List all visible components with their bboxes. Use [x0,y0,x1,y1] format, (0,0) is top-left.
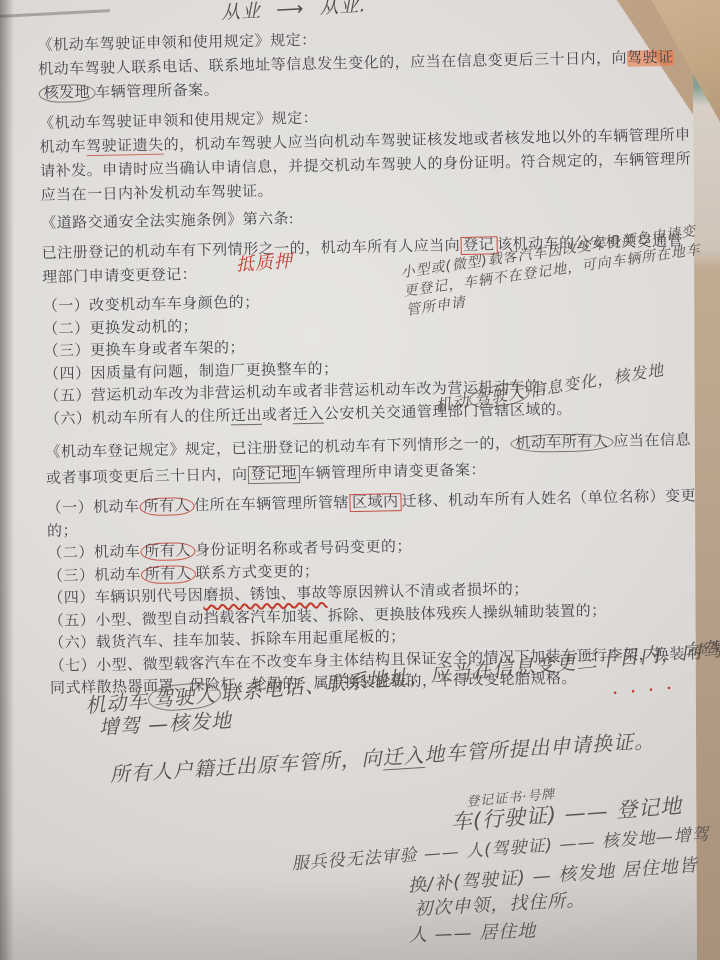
item-text: （一）机动车 [46,499,139,517]
regulation-3: 《道路交通安全法实施条例》第六条: 已注册登记的机动车有下列情形之一的，机动车所… [41,199,700,431]
item-text: 住所在车辆管理所管辖 [194,495,349,514]
item-text: 身份证明名称或者号码变更的； [195,539,412,559]
item-text: 联系方式变更的； [195,563,319,581]
pencil-underlined-term: 迁入 [382,743,425,771]
handwritten-note-1-tail: 备案 [694,635,720,663]
red-circled-term: 所有人 [139,497,194,516]
pencil-boxed-term: 登记地 [247,465,300,484]
regulation-4-intro: 《机动车登记规定》规定，已注册登记的机动车有下列情形之一的，机动车所有人应当在信… [45,433,691,487]
top-note-right: 从业. [319,0,367,19]
handwritten-top-note: 从业 ⟶ 从业. [221,0,367,25]
item6-text: （六）机动车所有人的住所 [45,408,231,428]
handwritten-red-note: 抵质押 [235,250,294,278]
pencil-underlined-term: 迁入 [293,406,324,424]
handwritten-note-8: 人 —— 居住地 [408,920,536,949]
red-circled-term: 所有人 [140,542,195,561]
note3-pre: 所有人户籍迁出原车管所，向 [109,746,383,787]
regulation-1-body: 机动车驾驶人联系电话、联系地址等信息发生变化的，应当在信息变更后三十日内，向驾驶… [38,50,674,103]
pencil-circled-term: 机动车所有人 [510,433,613,453]
handwritten-note-3: 所有人户籍迁出原车管所，向迁入地车管所提出申请换证。 [109,728,655,786]
red-circled-term: 所有人 [141,565,196,584]
regulation-4-intro-text: 《机动车登记规定》规定，已注册登记的机动车有下列情形之一的， [45,436,510,461]
item-text: （三）机动车 [48,567,141,585]
highlighted-term: 驾驶证 [627,50,674,67]
regulation-2-text: 机动车 [40,139,87,156]
regulation-2-body: 机动车驾驶证遗失的，机动车驾驶人应当向机动车驾驶证核发地或者核发地以外的车辆管理… [40,128,692,204]
item-text: （四）车辆识别代号因 [48,588,203,607]
top-note-left: 从业 [221,0,262,24]
photo-of-document: 从业 ⟶ 从业. 《机动车驾驶证申领和使用规定》规定： 机动车驾驶人联系电话、联… [0,0,720,960]
item-text: 等原因辨认不清或者损坏的； [327,582,529,602]
regulation-1-text-end: 车辆管理所备案。 [95,83,219,101]
red-underlined-term: 驾驶证遗失 [86,138,164,156]
diag-note-pre: 机动 [434,391,471,415]
red-wavy-underlined-term: 磨损、锈蚀、事故 [203,586,327,604]
red-boxed-term: 区域内 [349,493,402,512]
regulation-3-items: （一）改变机动车车身颜色的； （二）更换发动机的； （三）更换车身或者车架的； … [43,283,700,431]
pencil-circled-term: 核发地 [38,84,95,103]
regulation-1: 《机动车驾驶证申领和使用规定》规定： 机动车驾驶人联系电话、联系地址等信息发生变… [38,22,691,107]
note3-post: 地车管所提出申请换证。 [424,728,656,766]
pencil-underlined-term: 迁出 [231,407,262,425]
red-emphasis-dots: ・・・・ [607,677,681,707]
regulation-2: 《机动车驾驶证申领和使用规定》规定： 机动车驾驶证遗失的，机动车驾驶人应当向机动… [39,100,693,208]
page-content: 从业 ⟶ 从业. 《机动车驾驶证申领和使用规定》规定： 机动车驾驶人联系电话、联… [0,0,720,960]
item-text: （二）机动车 [47,544,140,562]
item6-mid: 或者 [262,407,293,424]
arrow-icon: ⟶ [268,0,313,21]
regulation-4-intro-end: 车辆管理所申请变更备案： [300,463,486,483]
